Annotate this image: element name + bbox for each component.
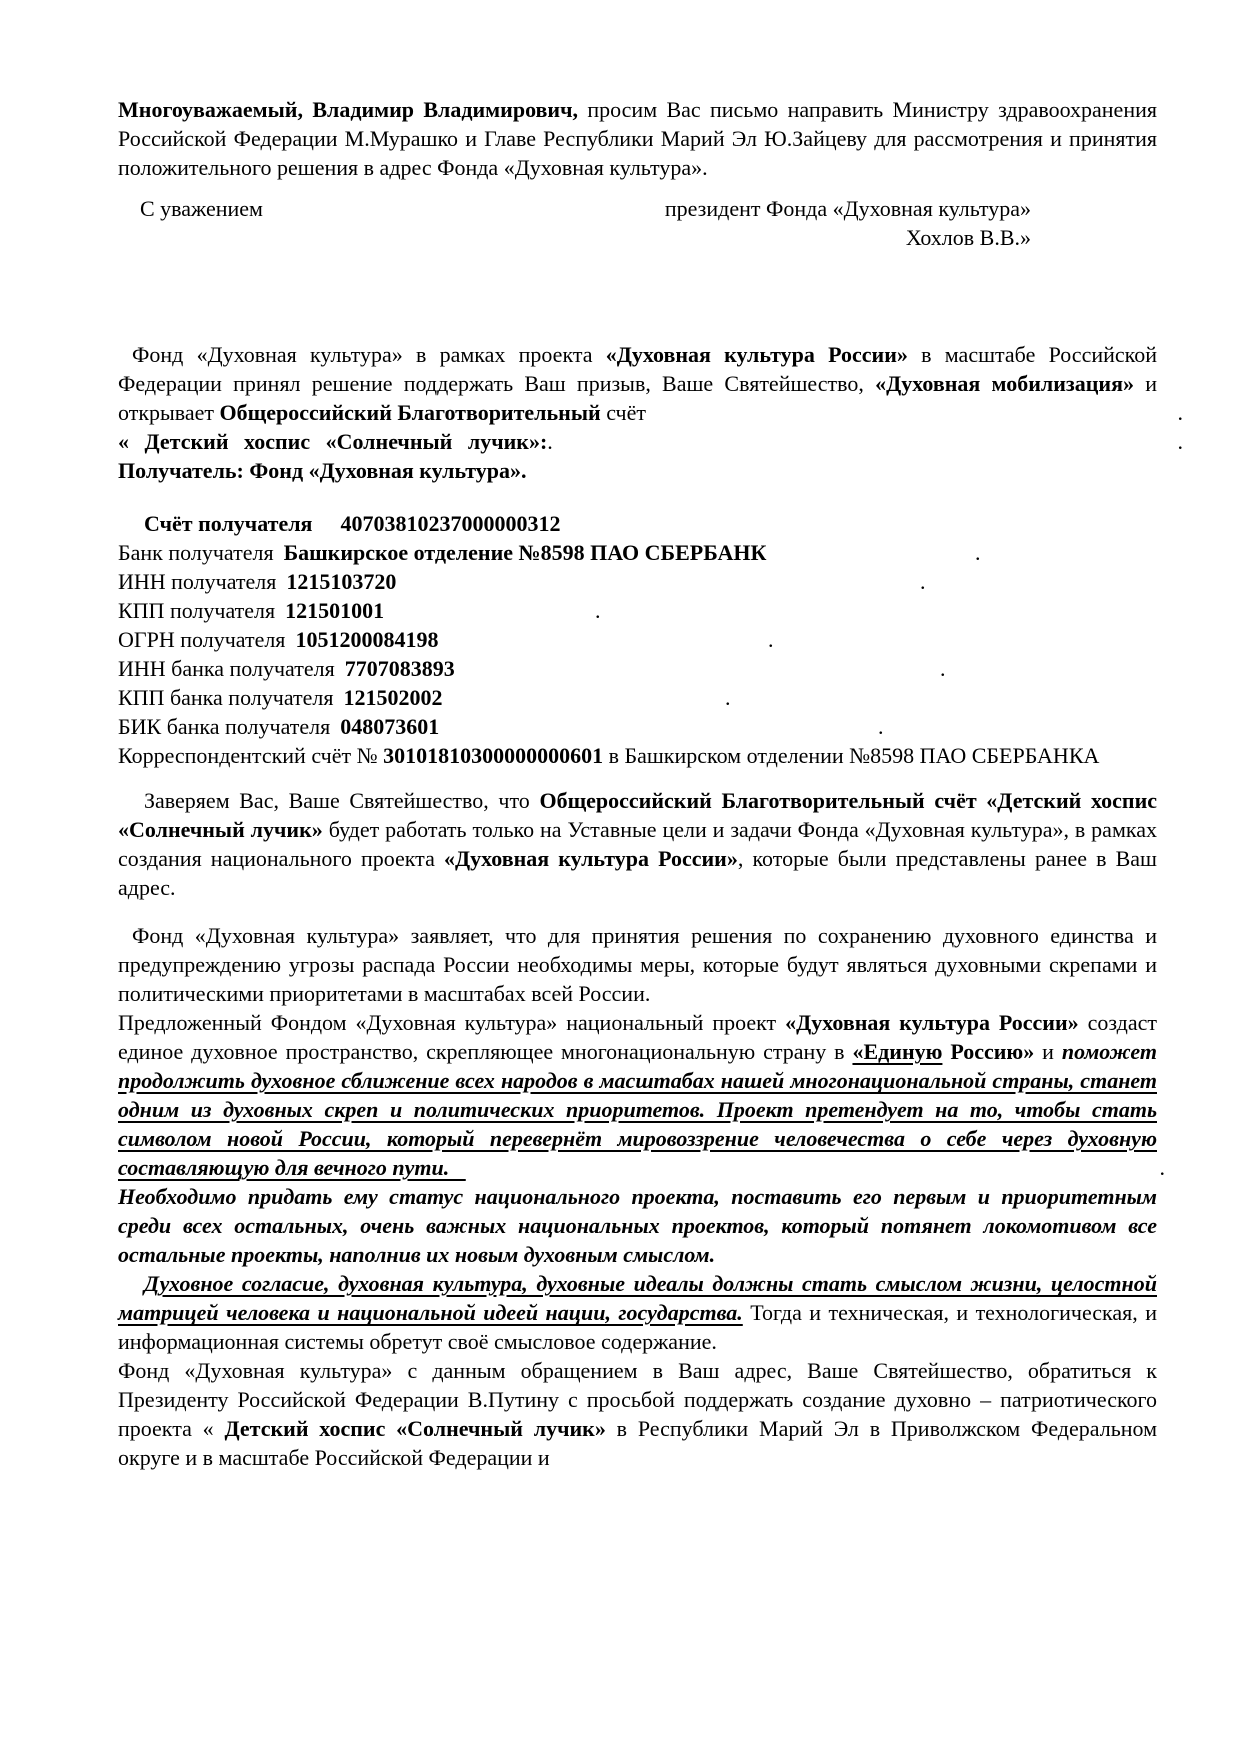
bank-detail-value: 7707083893 bbox=[345, 656, 455, 681]
stray-dot: . bbox=[768, 625, 774, 654]
text-run: и bbox=[1034, 1039, 1062, 1064]
text-run: . bbox=[547, 429, 553, 454]
paragraph-project-proposal: Предложенный Фондом «Духовная культура» … bbox=[118, 1008, 1157, 1182]
bank-detail-label: ОГРН получателя bbox=[118, 627, 285, 652]
signature-signer: президент Фонда «Духовная культура» Хохл… bbox=[263, 194, 1157, 252]
text-run: поможет bbox=[1062, 1039, 1157, 1064]
text-run: «Духовная культура России» bbox=[785, 1010, 1079, 1035]
bank-detail-label: ИНН получателя bbox=[118, 569, 276, 594]
line-recipient: Получатель: Фонд «Духовная культура». bbox=[118, 456, 1157, 485]
text-run: 30101810300000000601 bbox=[383, 743, 603, 768]
stray-dot: . bbox=[878, 712, 884, 741]
paragraph-spiritual-accord: Духовное согласие, духовная культура, ду… bbox=[118, 1269, 1157, 1356]
bank-details-section: Счёт получателя40703810237000000312Банк … bbox=[118, 509, 1157, 741]
bank-detail-row: ОГРН получателя1051200084198. bbox=[118, 625, 1157, 654]
bank-detail-label: Счёт получателя bbox=[144, 511, 312, 536]
signature-block: С уважением президент Фонда «Духовная ку… bbox=[118, 194, 1157, 252]
bank-detail-label: ИНН банка получателя bbox=[118, 656, 335, 681]
text-run: Получатель: Фонд «Духовная культура». bbox=[118, 458, 527, 483]
signature-title: президент Фонда «Духовная культура» bbox=[263, 194, 1031, 223]
bank-detail-row: ИНН получателя1215103720. bbox=[118, 567, 1157, 596]
paragraph-correspondent-account: Корреспондентский счёт № 301018103000000… bbox=[118, 741, 1157, 770]
margin-dot: . bbox=[1178, 427, 1184, 456]
bank-detail-row: КПП банка получателя121502002. bbox=[118, 683, 1157, 712]
text-run: в Башкирском отделении №8598 ПАО СБЕРБАН… bbox=[603, 743, 1099, 768]
stray-dot: . bbox=[975, 538, 981, 567]
margin-dot: . bbox=[1164, 398, 1184, 427]
text-run: Необходимо придать ему статус национальн… bbox=[118, 1184, 1157, 1267]
bank-detail-value: 121501001 bbox=[285, 598, 384, 623]
stray-dot: . bbox=[595, 596, 601, 625]
paragraph-appeal-to-president: Фонд «Духовная культура» с данным обраще… bbox=[118, 1356, 1157, 1472]
text-run: Фонд «Духовная культура» в рамках проект… bbox=[132, 342, 606, 367]
signature-name: Хохлов В.В.» bbox=[263, 223, 1031, 252]
text-run: « Детский хоспис «Солнечный лучик»: bbox=[118, 429, 547, 454]
stray-dot: . bbox=[725, 683, 731, 712]
margin-dot: . bbox=[1160, 1153, 1166, 1182]
bank-detail-label: БИК банка получателя bbox=[118, 714, 330, 739]
text-run: Корреспондентский счёт № bbox=[118, 743, 383, 768]
bank-detail-value: 40703810237000000312 bbox=[340, 511, 560, 536]
bank-detail-value: Башкирское отделение №8598 ПАО СБЕРБАНК bbox=[284, 540, 767, 565]
stray-dot: . bbox=[940, 654, 946, 683]
paragraph-fund-decision: Фонд «Духовная культура» в рамках проект… bbox=[118, 340, 1157, 427]
bank-detail-label: КПП получателя bbox=[118, 598, 275, 623]
paragraph-greeting: Многоуважаемый, Владимир Владимирович, п… bbox=[118, 95, 1157, 182]
text-run: продолжить духовное сближение всех народ… bbox=[118, 1068, 1157, 1180]
text-run: Россию» bbox=[942, 1039, 1034, 1064]
text-run: Предложенный Фондом «Духовная культура» … bbox=[118, 1010, 785, 1035]
bank-detail-label: Банк получателя bbox=[118, 540, 274, 565]
bank-detail-value: 1215103720 bbox=[286, 569, 396, 594]
paragraph-national-project: Необходимо придать ему статус национальн… bbox=[118, 1182, 1157, 1269]
paragraph-assurance: Заверяем Вас, Ваше Святейшество, что Общ… bbox=[118, 786, 1157, 902]
bank-detail-row: Банк получателяБашкирское отделение №859… bbox=[118, 538, 1157, 567]
bank-detail-label: КПП банка получателя bbox=[118, 685, 334, 710]
text-run: Заверяем Вас, Ваше Святейшество, что bbox=[144, 788, 539, 813]
text-run: Фонд «Духовная культура» заявляет, что д… bbox=[118, 923, 1157, 1006]
text-run: «Духовная мобилизация» bbox=[875, 371, 1134, 396]
bank-detail-value: 1051200084198 bbox=[295, 627, 438, 652]
bank-detail-row: Счёт получателя40703810237000000312 bbox=[144, 509, 1157, 538]
bank-detail-value: 121502002 bbox=[344, 685, 443, 710]
text-run: счёт bbox=[601, 400, 646, 425]
text-run: Многоуважаемый, Владимир Владимирович, bbox=[118, 97, 578, 122]
document-page: Многоуважаемый, Владимир Владимирович, п… bbox=[0, 0, 1241, 1755]
stray-dot: . bbox=[920, 567, 926, 596]
text-run: «Духовная культура России» bbox=[444, 846, 738, 871]
bank-detail-row: БИК банка получателя048073601. bbox=[118, 712, 1157, 741]
paragraph-fund-statement: Фонд «Духовная культура» заявляет, что д… bbox=[118, 921, 1157, 1008]
text-run: «Духовная культура России» bbox=[606, 342, 908, 367]
text-run: «Единую bbox=[852, 1039, 942, 1064]
signature-closing: С уважением bbox=[118, 194, 263, 252]
bank-detail-value: 048073601 bbox=[340, 714, 439, 739]
text-run: Общероссийский Благотворительный bbox=[220, 400, 601, 425]
bank-detail-row: КПП получателя121501001. bbox=[118, 596, 1157, 625]
line-hospice-account: « Детский хоспис «Солнечный лучик»:.. bbox=[118, 427, 1157, 456]
text-run: Детский хоспис «Солнечный лучик» bbox=[224, 1416, 605, 1441]
bank-detail-row: ИНН банка получателя7707083893. bbox=[118, 654, 1157, 683]
